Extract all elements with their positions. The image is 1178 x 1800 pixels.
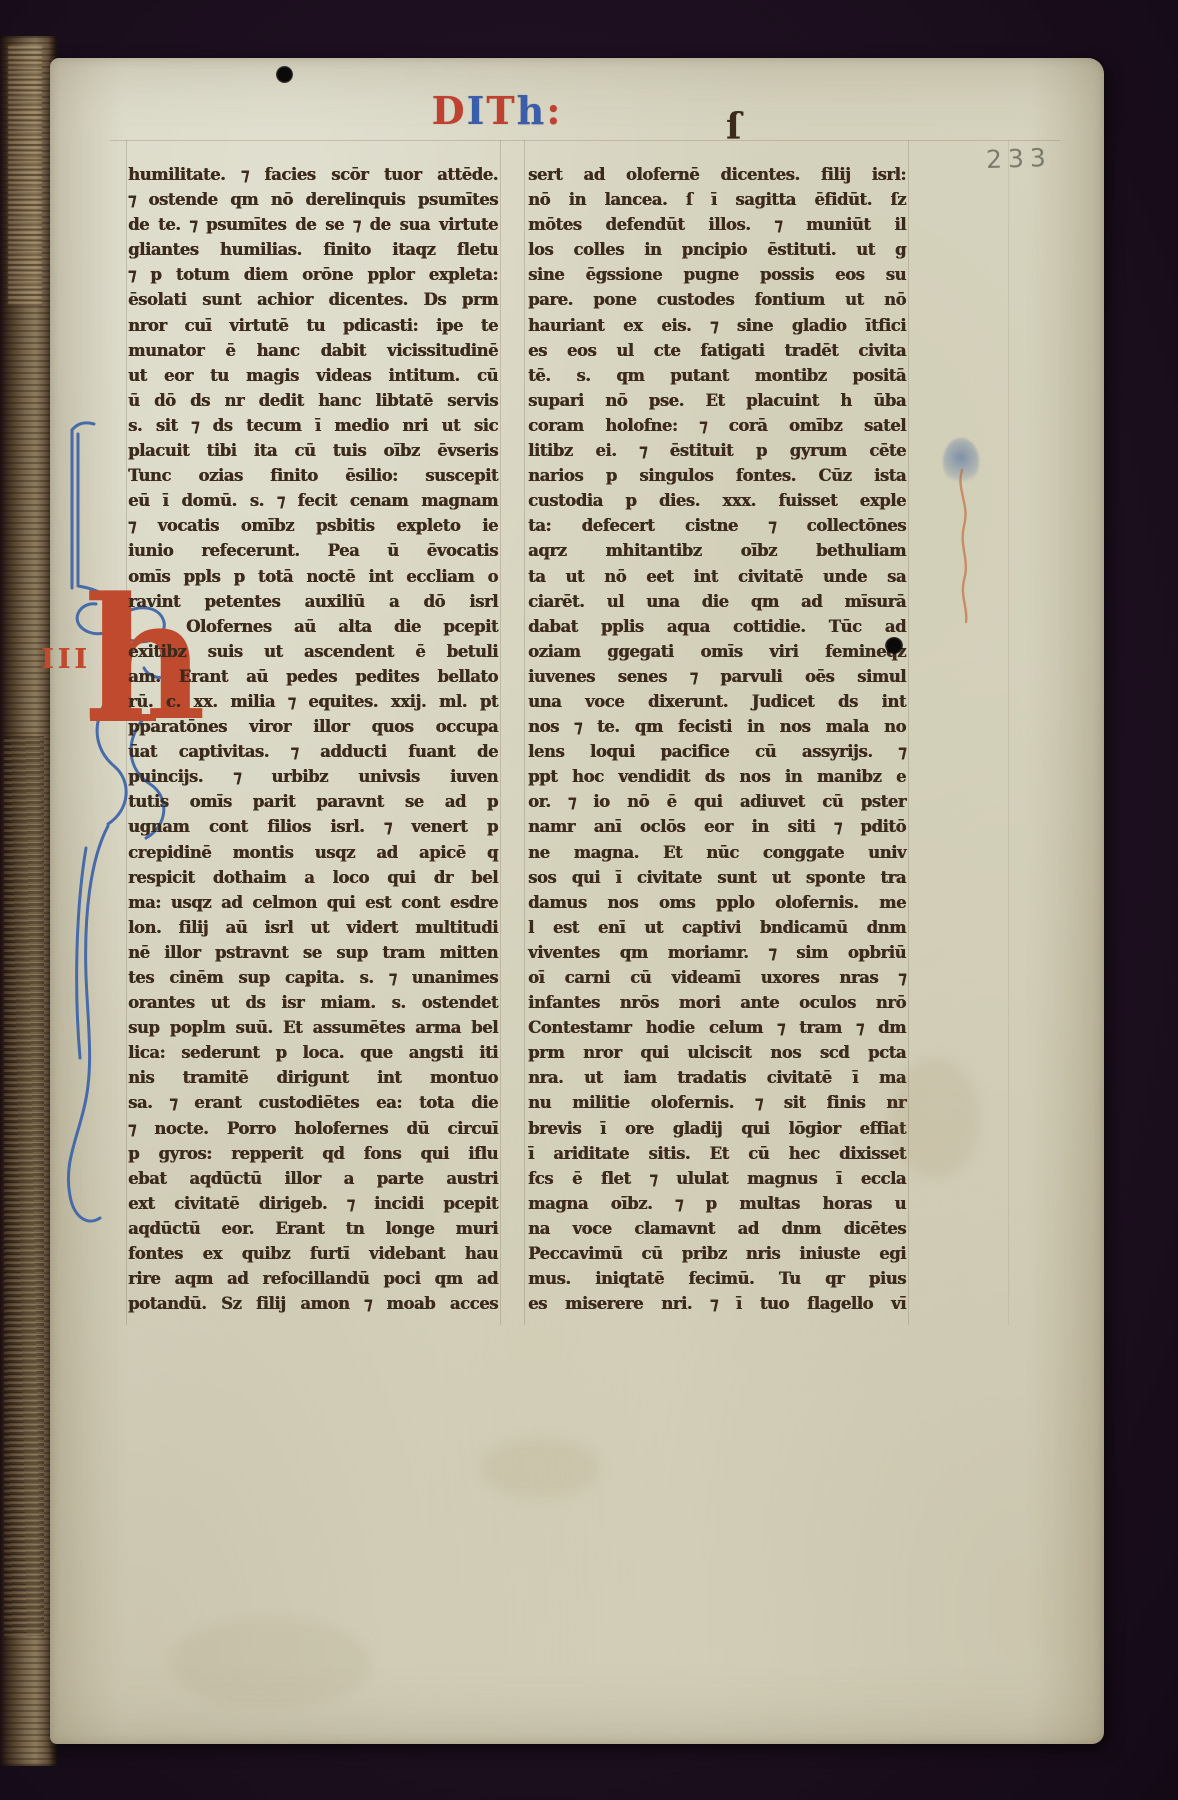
text-line: tē. s. qm putant montibz positā (528, 363, 906, 388)
text-line: damus nos oms pplo olofernis. me (528, 890, 906, 915)
text-line: nis tramitē dirigunt int montuo (128, 1065, 498, 1090)
text-line: ū dō ds nr dedit hanc libtatē servis (128, 388, 498, 413)
text-line: Contestamr hodie celum ⁊ tram ⁊ dm (528, 1015, 906, 1040)
folio-number: 233 (986, 143, 1053, 174)
text-line: rū. c. xx. milia ⁊ equites. xxij. ml. pt (128, 689, 498, 714)
text-line: ⁊ p totum diem orōne pplor expleta: (128, 262, 498, 287)
title-letter: D (432, 88, 467, 133)
text-line: munator ē hanc dabit vicissitudinē (128, 338, 498, 363)
binding-corner (0, 0, 46, 92)
text-line: sa. ⁊ erant custodiētes ea: tota die (128, 1090, 498, 1115)
text-line: los colles in pncipio ēstituti. ut g (528, 237, 906, 262)
ruling-line (524, 140, 525, 1325)
text-line: brevis ī ore gladij qui lōgior effiat (528, 1116, 906, 1141)
title-letter: T (486, 88, 516, 133)
text-line: ugnam cont filios isrl. ⁊ venert p (128, 814, 498, 839)
text-line: eū ī domū. s. ⁊ fecit cenam magnam (128, 488, 498, 513)
text-line: fcs ē flet ⁊ ululat magnus ī eccla (528, 1166, 906, 1191)
text-line: aqrz mhitantibz oībz bethuliam (528, 538, 906, 563)
text-line: sup poplm suū. Et assumētes arma bel (128, 1015, 498, 1040)
text-line: iuvenes senes ⁊ parvuli oēs simul (528, 664, 906, 689)
ascender-flourish: ſ (726, 106, 742, 148)
text-line: or. ⁊ io nō ē qui adiuvet cū pster (528, 789, 906, 814)
text-line: Olofernes aū alta die pcepit (128, 614, 498, 639)
text-line: mus. iniqtatē fecimū. Tu qr pius (528, 1266, 906, 1291)
text-line: humilitate. ⁊ facies scōr tuor attēde. (128, 162, 498, 187)
text-line: namr anī oclōs eor in siti ⁊ pditō (528, 814, 906, 839)
text-line: infantes nrōs mori ante oculos nrō (528, 990, 906, 1015)
text-line: nē illor pstravnt se sup tram mitten (128, 940, 498, 965)
text-line: lica: sederunt p loca. que angsti iti (128, 1040, 498, 1065)
text-line: mōtes defendūt illos. ⁊ muniūt il (528, 212, 906, 237)
text-line: exitibz suis ut ascendent ē betuli (128, 639, 498, 664)
text-line: es eos ul cte fatigati tradēt civita (528, 338, 906, 363)
text-line: s. sit ⁊ ds tecum ī medio nri ut sic (128, 413, 498, 438)
ink-blot (885, 637, 903, 654)
ink-blot (276, 66, 293, 83)
text-line: nror cuī virtutē tu pdicasti: ipe te (128, 313, 498, 338)
text-line: tes cinēm sup capita. s. ⁊ unanimes (128, 965, 498, 990)
text-line: iunio refecerunt. Pea ū ēvocatis (128, 538, 498, 563)
text-line: ebat aqdūctū illor a parte austri (128, 1166, 498, 1191)
text-line: dabat pplis aqua cottidie. Tūc ad (528, 614, 906, 639)
gutter-page-edges (0, 36, 57, 1766)
text-line: lens loqui pacifice cū assyrijs. ⁊ (528, 739, 906, 764)
text-line: ravint petentes auxiliū a dō isrl (128, 589, 498, 614)
text-line: potandū. Sz filij amon ⁊ moab acces (128, 1291, 498, 1316)
text-line: ⁊ ostende qm nō derelinquis psumītes (128, 187, 498, 212)
parchment-stain (890, 1058, 980, 1178)
text-line: aqdūctū eor. Erant tn longe muri (128, 1216, 498, 1241)
text-line: nos ⁊ te. qm fecisti in nos mala no (528, 714, 906, 739)
text-line: coram holofne: ⁊ corā omībz satel (528, 413, 906, 438)
ruling-line (126, 140, 127, 1325)
text-line: gliantes humilias. finito itaqz fletu (128, 237, 498, 262)
text-line: omīs ppls p totā noctē int eccliam o (128, 564, 498, 589)
text-line: ciarēt. ul una die qm ad mīsurā (528, 589, 906, 614)
text-line: crepidinē montis usqz ad apicē q (128, 840, 498, 865)
text-line: ppt hoc vendidit ds nos in manibz e (528, 764, 906, 789)
text-line: supari nō pse. Et placuint h ūba (528, 388, 906, 413)
text-line: ⁊ vocatis omībz psbitis expleto ie (128, 513, 498, 538)
text-line: Tunc ozias finito ēsilio: suscepit (128, 463, 498, 488)
parchment-page: DITh: 233 III h humilitate. ⁊ facies scō… (50, 58, 1104, 1744)
text-line: tutis omīs parit paravnt se ad p (128, 789, 498, 814)
title-letter: : (546, 88, 562, 133)
text-line: respicit dothaim a loco qui dr bel (128, 865, 498, 890)
text-line: nō in lancea. ſ ī sagitta ēfidūt. ſz (528, 187, 906, 212)
text-line: orantes ut ds isr miam. s. ostendet (128, 990, 498, 1015)
running-title: DITh: (402, 88, 592, 133)
title-letter: h (517, 88, 547, 133)
text-line: p gyros: repperit qd fons qui iflu (128, 1141, 498, 1166)
text-line: l est enī ut captivi bndicamū dnm (528, 915, 906, 940)
text-line: ēsolati sunt achior dicentes. Ds prm (128, 287, 498, 312)
text-line: pare. pone custodes fontium ut nō (528, 287, 906, 312)
parchment-stain (170, 1618, 370, 1708)
text-line: ⁊ nocte. Porro holofernes dū circuī (128, 1116, 498, 1141)
ruling-line (500, 140, 501, 1325)
text-line: ma: usqz ad celmon qui est cont esdre (128, 890, 498, 915)
text-column-right: sert ad olofernē dicentes. filij isrl:nō… (528, 162, 906, 1316)
text-line: ta ut nō eet int civitatē unde sa (528, 564, 906, 589)
text-line: oī carni cū videamī uxores nras ⁊ (528, 965, 906, 990)
text-line: placuit tibi ita cū tuis oībz ēvseris (128, 438, 498, 463)
text-line: ta: defecert cistne ⁊ collectōnes (528, 513, 906, 538)
ruling-line (110, 140, 1060, 141)
text-line: ne magna. Et nūc conggate univ (528, 840, 906, 865)
text-line: am. Erant aū pedes pedites bellato (128, 664, 498, 689)
text-line: es miserere nri. ⁊ ī tuo flagello vī (528, 1291, 906, 1316)
text-line: ext civitatē dirigeb. ⁊ incidi pcepit (128, 1191, 498, 1216)
text-line: puincijs. ⁊ urbibz univsis iuven (128, 764, 498, 789)
text-line: nu militie olofernis. ⁊ sit finis nr (528, 1090, 906, 1115)
text-line: ut eor tu magis videas intitum. cū (128, 363, 498, 388)
text-line: prm nror qui ulciscit nos scd pcta (528, 1040, 906, 1065)
chapter-numeral: III (41, 644, 91, 675)
text-line: litibz ei. ⁊ ēstituit p gyrum cēte (528, 438, 906, 463)
parchment-stain (480, 1438, 600, 1498)
text-line: hauriant ex eis. ⁊ sine gladio ītfici (528, 313, 906, 338)
text-line: Peccavimū cū pribz nris iniuste egi (528, 1241, 906, 1266)
text-line: rire aqm ad refocillandū poci qm ad (128, 1266, 498, 1291)
text-line: pparatōnes viror illor quos occupa (128, 714, 498, 739)
text-line: sert ad olofernē dicentes. filij isrl: (528, 162, 906, 187)
ruling-line (1008, 140, 1009, 1325)
text-line: narios p singulos fontes. Cūz ista (528, 463, 906, 488)
text-line: na voce clamavnt ad dnm dicētes (528, 1216, 906, 1241)
text-line: ūat captivitas. ⁊ adducti fuant de (128, 739, 498, 764)
text-line: de te. ⁊ psumītes de se ⁊ de sua virtute (128, 212, 498, 237)
text-line: ī ariditate sitis. Et cū hec dixisset (528, 1141, 906, 1166)
text-line: nra. ut iam tradatis civitatē ī ma (528, 1065, 906, 1090)
text-line: fontes ex quibz furtī videbant hau (128, 1241, 498, 1266)
text-line: sos qui ī civitate sunt ut sponte tra (528, 865, 906, 890)
pen-trial-mark (953, 466, 971, 626)
text-column-left: humilitate. ⁊ facies scōr tuor attēde.⁊ … (128, 162, 498, 1316)
text-line: oziam ggegati omīs viri femineqz (528, 639, 906, 664)
text-line: sine ēgssione pugne possis eos su (528, 262, 906, 287)
text-line: magna oībz. ⁊ p multas horas u (528, 1191, 906, 1216)
text-line: lon. filij aū isrl ut vidert multitudi (128, 915, 498, 940)
text-line: custodia p dies. xxx. fuisset exple (528, 488, 906, 513)
text-line: viventes qm moriamr. ⁊ sim opbriū (528, 940, 906, 965)
text-line: una voce dixerunt. Judicet ds int (528, 689, 906, 714)
manuscript-photo: { "manuscript": { "running_title_letters… (0, 0, 1178, 1800)
title-letter: I (467, 88, 487, 133)
